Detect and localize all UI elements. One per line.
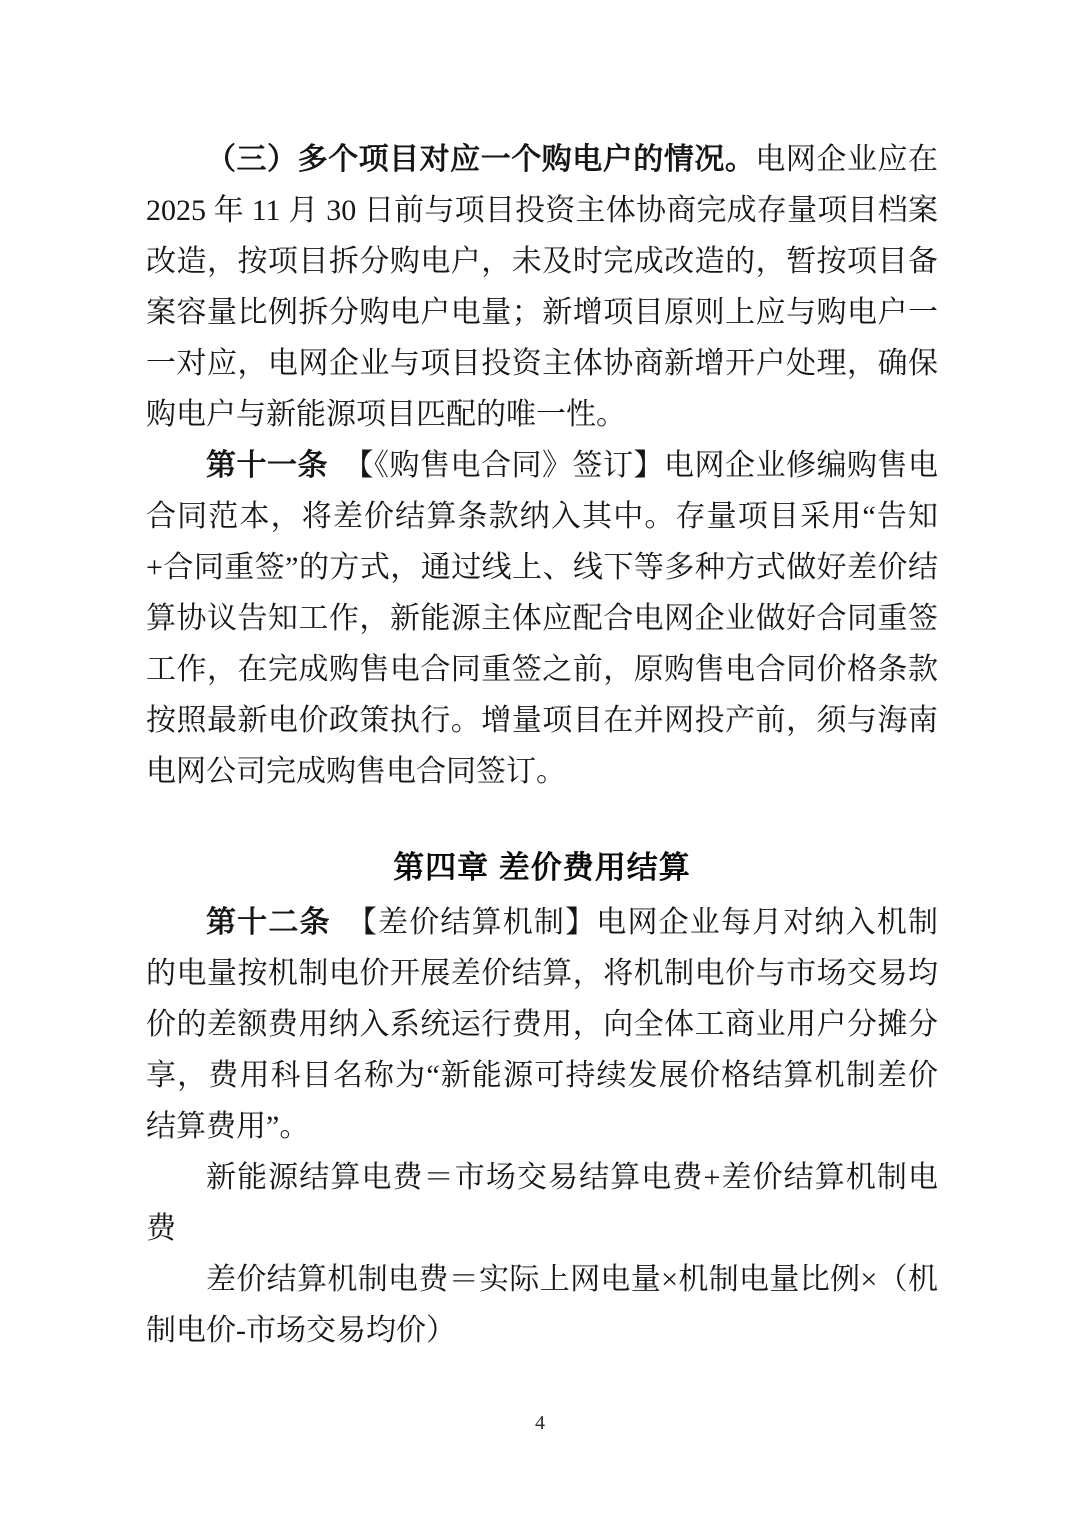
para-item-3-multiple-projects: （三）多个项目对应一个购电户的情况。电网企业应在 2025 年 11 月 30 … (146, 134, 938, 440)
para-article-12: 第十二条 【差价结算机制】电网企业每月对纳入机制的电量按机制电价开展差价结算，将… (146, 897, 938, 1152)
para-item-3-multiple-projects-segment-1: 电网企业应在 2025 年 11 月 30 日前与项目投资主体协商完成存量项目档… (146, 143, 938, 431)
chapter-4-heading-segment-0: 第四章 差价费用结算 (393, 850, 691, 885)
formula-new-energy-settlement-fee: 新能源结算电费＝市场交易结算电费+差价结算机制电费 (146, 1152, 938, 1254)
para-article-12-segment-0: 第十二条 (206, 906, 331, 939)
formula-new-energy-settlement-fee-segment-0: 新能源结算电费＝市场交易结算电费+差价结算机制电费 (146, 1161, 938, 1245)
formula-price-difference-mechanism-fee-segment-0: 差价结算机制电费＝实际上网电量×机制电量比例×（机制电价-市场交易均价） (146, 1263, 938, 1347)
para-article-12-segment-1: 【差价结算机制】电网企业每月对纳入机制的电量按机制电价开展差价结算，将机制电价与… (146, 906, 938, 1143)
para-article-11-segment-1: 【《购售电合同》签订】电网企业修编购售电合同范本，将差价结算条款纳入其中。存量项… (146, 449, 938, 788)
para-article-11: 第十一条 【《购售电合同》签订】电网企业修编购售电合同范本，将差价结算条款纳入其… (146, 440, 938, 797)
document-content: （三）多个项目对应一个购电户的情况。电网企业应在 2025 年 11 月 30 … (146, 134, 938, 1356)
formula-price-difference-mechanism-fee: 差价结算机制电费＝实际上网电量×机制电量比例×（机制电价-市场交易均价） (146, 1254, 938, 1356)
chapter-4-heading: 第四章 差价费用结算 (146, 839, 938, 897)
page-number: 4 (0, 1411, 1080, 1435)
document-page: （三）多个项目对应一个购电户的情况。电网企业应在 2025 年 11 月 30 … (0, 0, 1080, 1527)
para-item-3-multiple-projects-segment-0: （三）多个项目对应一个购电户的情况。 (206, 143, 755, 176)
para-article-11-segment-0: 第十一条 (206, 449, 328, 482)
